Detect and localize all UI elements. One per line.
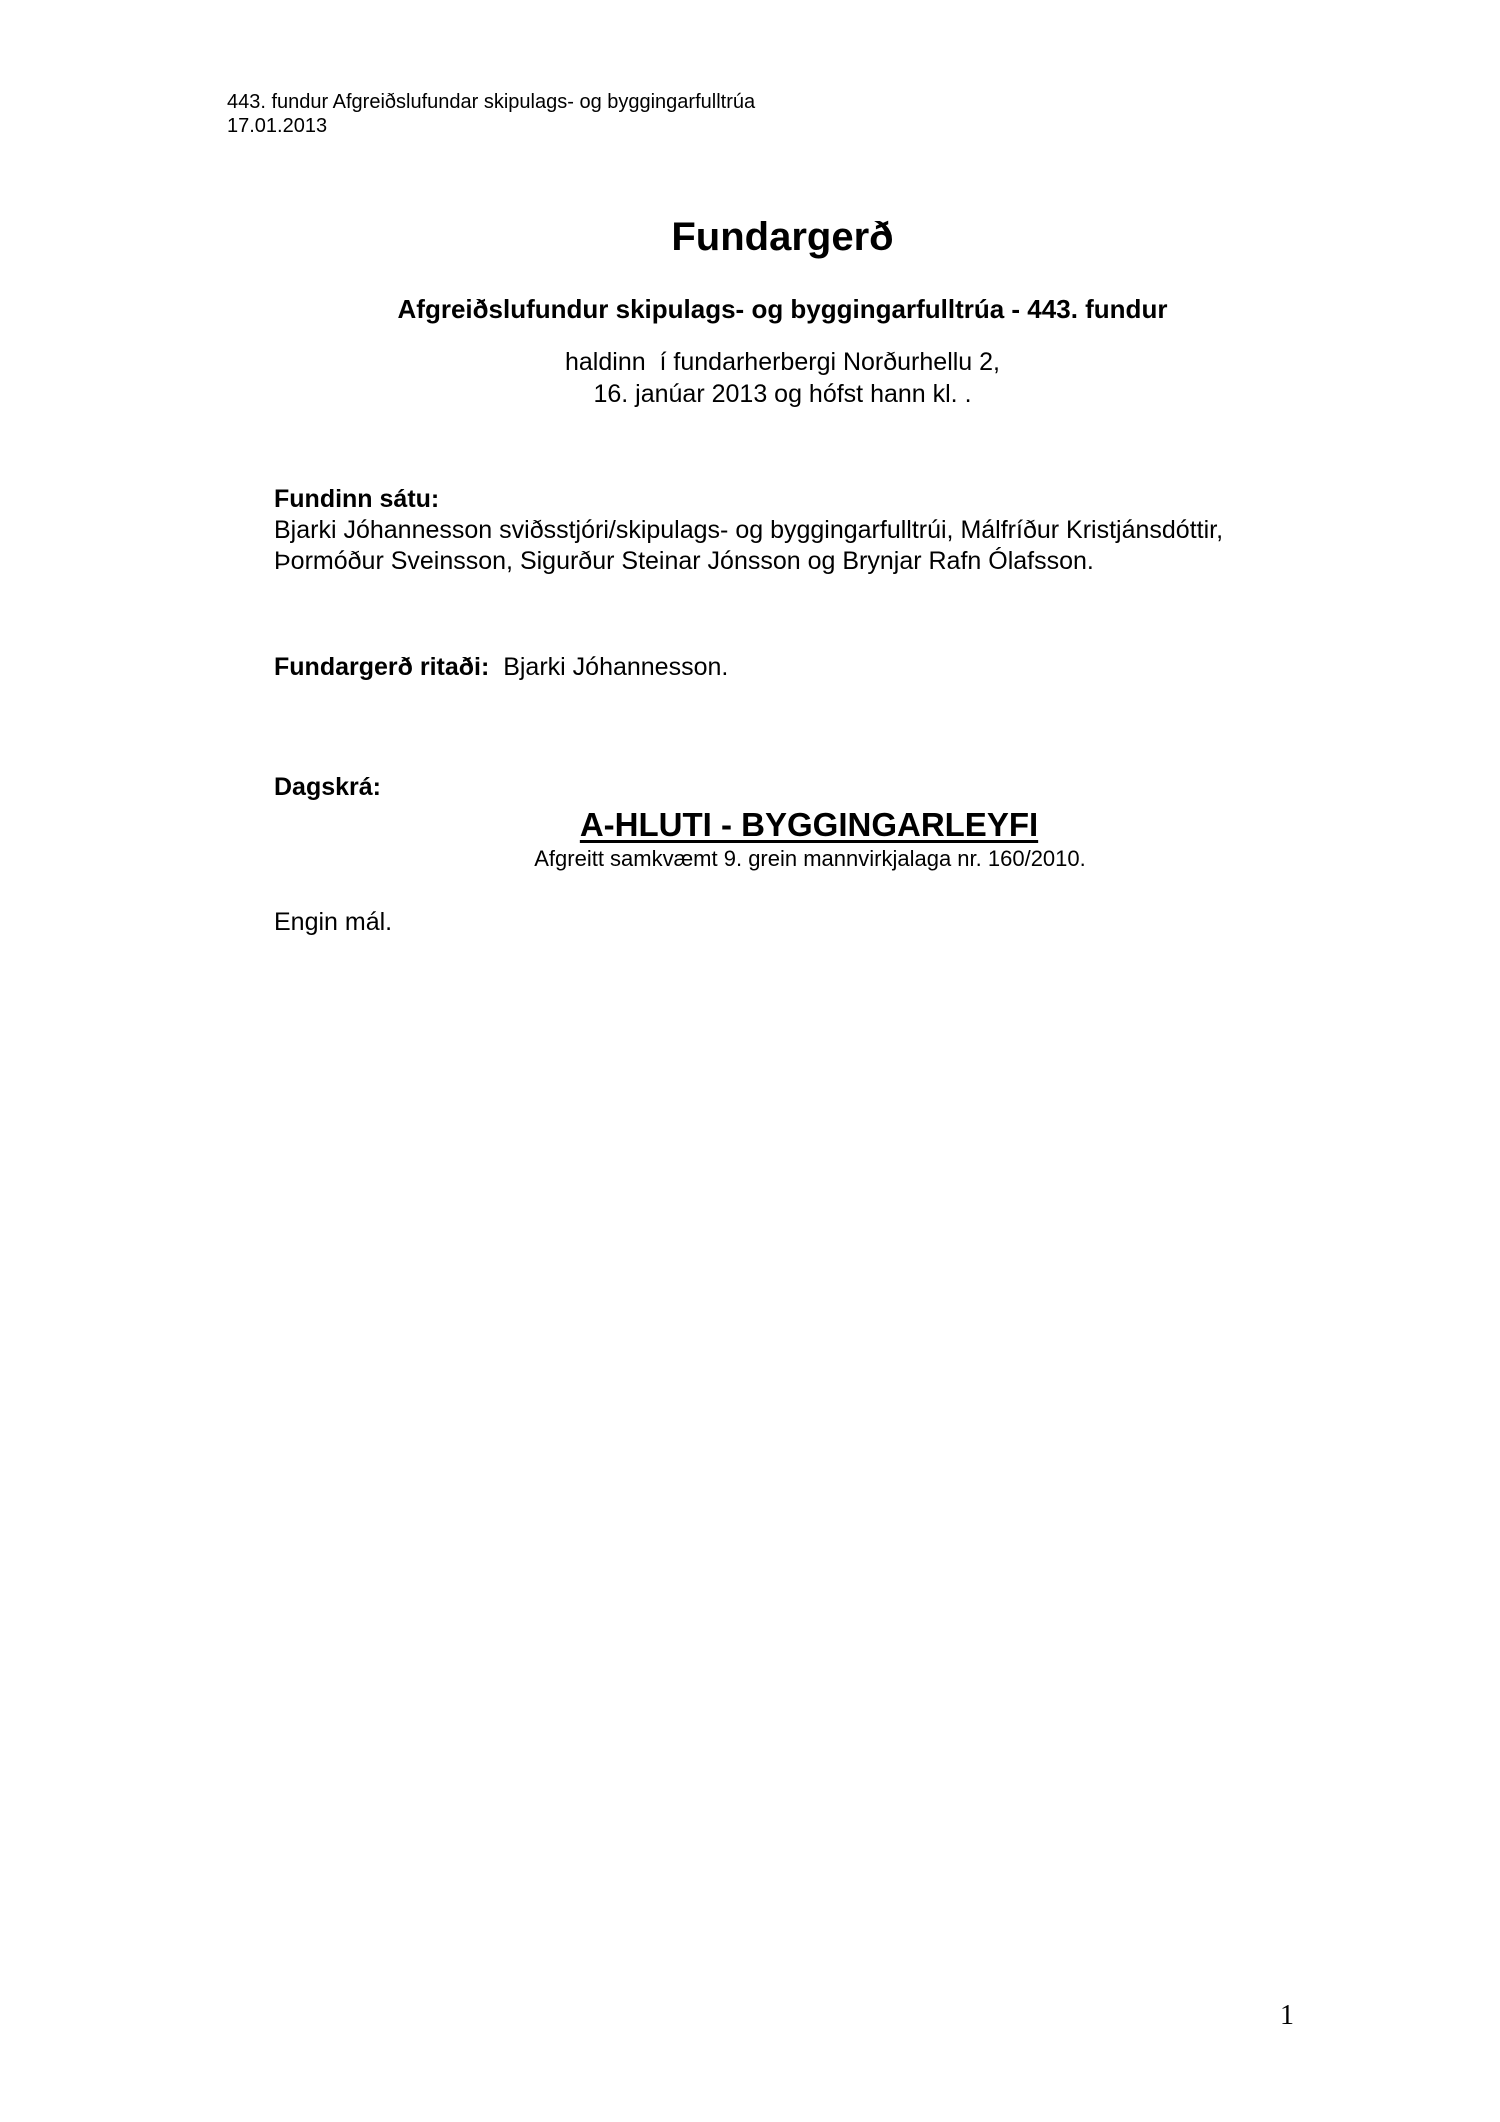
meeting-subtitle: Afgreiðslufundur skipulags- og byggingar… xyxy=(0,293,1500,325)
header-meeting-title: 443. fundur Afgreiðslufundar skipulags- … xyxy=(227,90,755,114)
attendees-list: Bjarki Jóhannesson sviðsstjóri/skipulags… xyxy=(274,515,1264,577)
location-line: haldinn í fundarherbergi Norðurhellu 2, xyxy=(0,346,1500,378)
document-title: Fundargerð xyxy=(0,214,1500,260)
recorder-section: Fundargerð ritaði: Bjarki Jóhannesson. xyxy=(274,652,728,683)
agenda-label: Dagskrá: xyxy=(274,772,381,803)
page-header: 443. fundur Afgreiðslufundar skipulags- … xyxy=(227,90,755,138)
recorder-name: Bjarki Jóhannesson. xyxy=(503,653,728,681)
no-items-text: Engin mál. xyxy=(274,907,392,938)
header-date: 17.01.2013 xyxy=(227,114,755,138)
attendees-section: Fundinn sátu: Bjarki Jóhannesson sviðsst… xyxy=(274,484,1274,577)
recorder-label: Fundargerð ritaði: xyxy=(274,653,489,681)
section-subtitle: Afgreitt samkvæmt 9. grein mannvirkjalag… xyxy=(0,846,1500,872)
date-line: 16. janúar 2013 og hófst hann kl. . xyxy=(0,378,1500,410)
attendees-label: Fundinn sátu: xyxy=(274,484,1274,515)
section-title: A-HLUTI - BYGGINGARLEYFI xyxy=(0,806,1500,844)
page-number: 1 xyxy=(1280,2000,1294,2032)
meeting-location: haldinn í fundarherbergi Norðurhellu 2, … xyxy=(0,346,1500,410)
